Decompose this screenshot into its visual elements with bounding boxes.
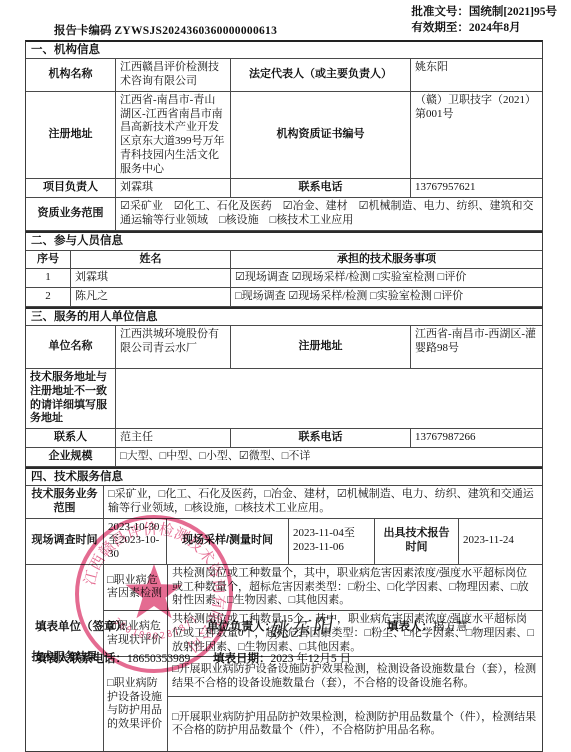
service-scope-value: □采矿业，□化工、石化及医药，□冶金、建材，☑机械制造、电力、纺织、建筑和交通运…: [104, 486, 542, 518]
validity-value: 2024年8月: [469, 22, 521, 34]
participant-2-no: 2: [26, 288, 71, 306]
survey-time-label: 现场调查时间: [26, 519, 104, 564]
report-time-value: 2023-11-24: [459, 519, 542, 564]
employer-name-label: 单位名称: [26, 326, 116, 368]
participants-header-row: 序号 姓名 承担的技术服务事项: [26, 251, 542, 270]
approval-block: 批准文号：国统制[2021]95号 有效期至：2024年8月: [411, 4, 557, 36]
legal-rep-value: 姚东阳: [411, 59, 542, 91]
filler-phone-label: 填表人联系电话：: [35, 653, 127, 665]
contact-label: 联系人: [26, 429, 116, 447]
contact-value: 范主任: [116, 429, 231, 447]
org-address-row: 注册地址 江西省-南昌市-青山湖区-江西省南昌市南昌高新技术产业开发区京东大道3…: [26, 92, 542, 180]
enterprise-scale-value: □大型、□中型、□小型、☑微型、□不详: [116, 448, 542, 466]
fill-date-label: 填表日期：: [213, 653, 271, 665]
org-reg-addr-value: 江西省-南昌市-青山湖区-江西省南昌市南昌高新技术产业开发区京东大道399号万年…: [116, 92, 231, 179]
cert-no-value: （赣）卫职技字（2021）第001号: [411, 92, 542, 179]
approval-label: 批准文号：: [411, 6, 469, 18]
employer-name-value: 江西洪城环境股份有限公司青云水厂: [116, 326, 231, 368]
employer-phone-label: 联系电话: [231, 429, 411, 447]
fill-unit-label: 填表单位（签章）：: [35, 621, 133, 633]
approval-value: 国统制[2021]95号: [469, 6, 557, 18]
result-row-protection: □职业病防护设备设施与防护用品的效果评价 □开展职业病防护设备设施防护效果检测，…: [104, 657, 542, 751]
result-row-factor-detection: □职业病危害因素检测 共检测岗位或工种数量个，其中，职业病危害因素浓度/强度水平…: [104, 565, 542, 611]
approval-line: 批准文号：国统制[2021]95号: [411, 4, 557, 20]
sampling-time-value: 2023-11-04至2023-11-06: [289, 519, 375, 564]
enterprise-scale-label: 企业规模: [26, 448, 116, 466]
section3-title: 三、服务的用人单位信息: [26, 307, 542, 326]
filler-name: 揭方慧: [433, 621, 468, 633]
service-address-value: [116, 369, 542, 428]
validity-label: 有效期至：: [411, 22, 469, 34]
report-code-label: 报告卡编码: [54, 25, 112, 37]
unit-head-segment: 单位负责人：: [207, 620, 276, 634]
col-no-header: 序号: [26, 251, 71, 269]
employer-phone-value: 13767987266: [411, 429, 542, 447]
qualification-scope-row: 资质业务范围 ☑采矿业 ☑化工、石化及医药 ☑冶金、建材 ☑机械制造、电力、纺织…: [26, 198, 542, 231]
survey-time-value: 2023-10-30至2023-10-30: [104, 519, 167, 564]
service-scope-label: 技术服务业务范围: [26, 486, 104, 518]
org-name-label: 机构名称: [26, 59, 116, 91]
enterprise-scale-row: 企业规模 □大型、□中型、□小型、☑微型、□不详: [26, 448, 542, 467]
org-phone-label: 联系电话: [231, 179, 411, 197]
contact-row: 联系人 范主任 联系电话 13767987266: [26, 429, 542, 448]
protection-evaluation-rows: □开展职业病防护设备设施防护效果检测，检测设备设施数量台（套），检测结果不合格的…: [168, 657, 542, 751]
participant-1-service: ☑现场调查 ☑现场采样/检测 □实验室检测 □评价: [231, 269, 542, 287]
project-manager-value: 刘霖琪: [116, 179, 231, 197]
report-code-line: 报告卡编码 ZYWSJS2024360360000000613: [54, 24, 277, 38]
col-name-header: 姓名: [71, 251, 231, 269]
filler-phone-value: 18650353989: [127, 653, 190, 665]
cert-no-label: 机构资质证书编号: [231, 92, 411, 179]
col-service-header: 承担的技术服务事项: [231, 251, 542, 269]
employer-reg-addr-label: 注册地址: [231, 326, 411, 368]
filler-label: 填表人：: [387, 621, 433, 633]
participant-2-name: 陈凡之: [71, 288, 231, 306]
org-phone-value: 13767957621: [411, 179, 542, 197]
qualification-scope-value: ☑采矿业 ☑化工、石化及医药 ☑冶金、建材 ☑机械制造、电力、纺织、建筑和交通运…: [116, 198, 542, 230]
participant-row-2: 2 陈凡之 □现场调查 ☑现场采样/检测 □实验室检测 □评价: [26, 288, 542, 307]
employer-row: 单位名称 江西洪城环境股份有限公司青云水厂 注册地址 江西省-南昌市-西湖区-灌…: [26, 326, 542, 369]
org-name-row: 机构名称 江西赣昌评价检测技术咨询有限公司 法定代表人（或主要负责人） 姚东阳: [26, 59, 542, 92]
report-time-label: 出具技术报告时间: [375, 519, 459, 564]
report-form-table: 一、机构信息 机构名称 江西赣昌评价检测技术咨询有限公司 法定代表人（或主要负责…: [25, 40, 543, 752]
participant-row-1: 1 刘霖琪 ☑现场调查 ☑现场采样/检测 □实验室检测 □评价: [26, 269, 542, 288]
factor-detection-checkbox: □职业病危害因素检测: [104, 565, 168, 610]
factor-detection-text: 共检测岗位或工种数量个，其中，职业病危害因素浓度/强度水平超标岗位或工种数量个，…: [168, 565, 542, 610]
org-name-value: 江西赣昌评价检测技术咨询有限公司: [116, 59, 231, 91]
participant-1-name: 刘霖琪: [71, 269, 231, 287]
project-manager-row: 项目负责人 刘霖琪 联系电话 13767957621: [26, 179, 542, 198]
service-address-row: 技术服务地址与注册地址不一致的请详细填写服务地址: [26, 369, 542, 429]
fill-date-value: 2023 年12月5 日: [271, 653, 352, 665]
participant-2-service: □现场调查 ☑现场采样/检测 □实验室检测 □评价: [231, 288, 542, 306]
service-times-row: 现场调查时间 2023-10-30至2023-10-30 现场采样/测量时间 2…: [26, 519, 542, 565]
protection-evaluation-checkbox: □职业病防护设备设施与防护用品的效果评价: [104, 657, 168, 751]
fill-date-segment: 填表日期：2023 年12月5 日: [213, 652, 351, 666]
section4-title: 四、技术服务信息: [26, 467, 542, 486]
service-scope-row: 技术服务业务范围 □采矿业，□化工、石化及医药，□冶金、建材，☑机械制造、电力、…: [26, 486, 542, 519]
qualification-scope-label: 资质业务范围: [26, 198, 116, 230]
validity-line: 有效期至：2024年8月: [411, 20, 557, 36]
project-manager-label: 项目负责人: [26, 179, 116, 197]
org-reg-addr-label: 注册地址: [26, 92, 116, 179]
legal-rep-label: 法定代表人（或主要负责人）: [231, 59, 411, 91]
report-code-value: ZYWSJS2024360360000000613: [114, 25, 277, 37]
protection-supplies-text: □开展职业病防护用品防护效果检测，检测防护用品数量个（件），检测结果不合格的防护…: [168, 697, 542, 751]
participant-1-no: 1: [26, 269, 71, 287]
unit-head-label: 单位负责人：: [207, 621, 276, 633]
section2-title: 二、参与人员信息: [26, 231, 542, 250]
employer-reg-addr-value: 江西省-南昌市-西湖区-灌婴路98号: [411, 326, 542, 368]
filler-segment: 填表人：揭方慧: [387, 620, 468, 634]
service-address-label: 技术服务地址与注册地址不一致的请详细填写服务地址: [26, 369, 116, 428]
section1-title: 一、机构信息: [26, 42, 542, 59]
sampling-time-label: 现场采样/测量时间: [167, 519, 289, 564]
footer-line-2: 填表人联系电话：18650353989 填表日期：2023 年12月5 日: [35, 652, 555, 666]
